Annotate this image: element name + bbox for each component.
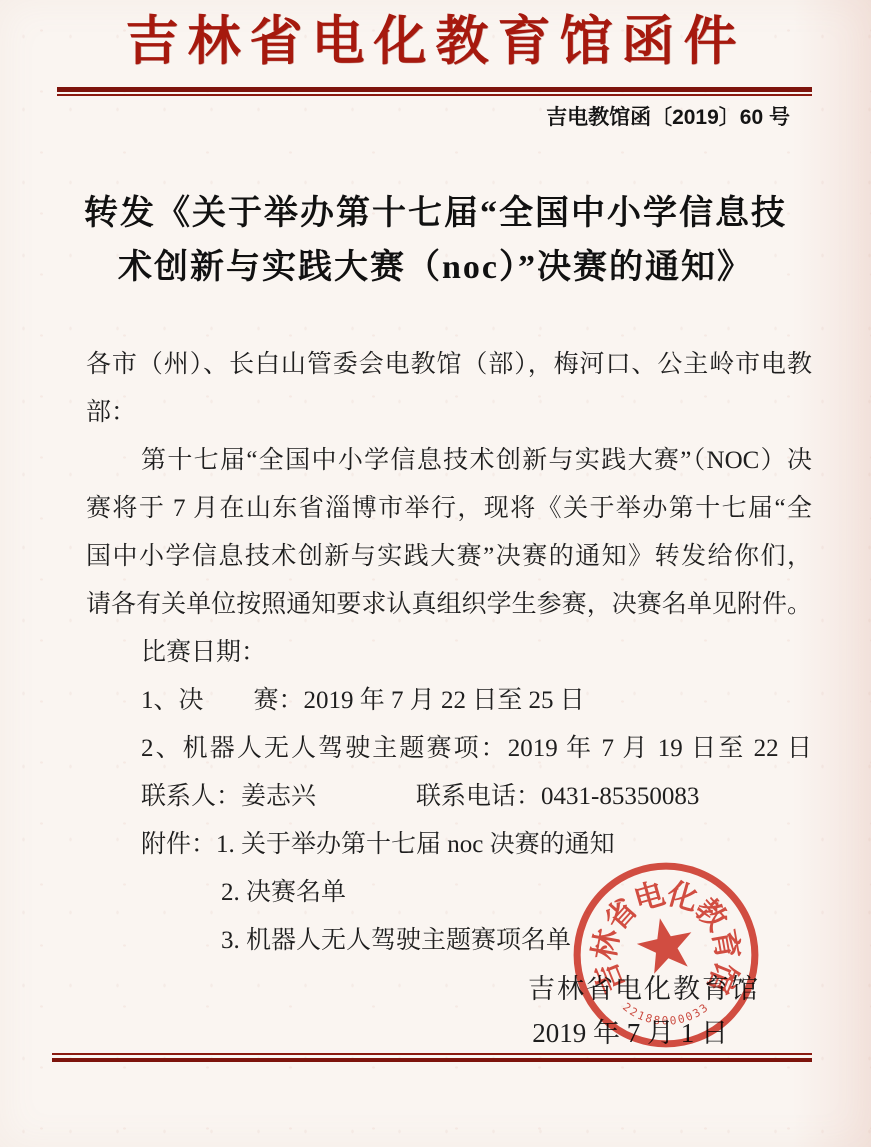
document-title-line1: 转发《关于举办第十七届“全国中小学信息技 xyxy=(84,195,787,232)
body-line-attachment-3: 3. 机器人无人驾驶主题赛项名单 xyxy=(86,917,812,965)
document-title-line2: 术创新与实践大赛（noc）”决赛的通知》 xyxy=(118,249,753,286)
body-line-para3: 国中小学信息技术创新与实践大赛”决赛的通知》转发给你们， xyxy=(86,533,812,581)
body-line-final-date: 1、决 赛：2019 年 7 月 22 日至 25 日 xyxy=(86,677,812,725)
body-line-para1: 第十七届“全国中小学信息技术创新与实践大赛”（NOC）决 xyxy=(86,437,812,485)
signature-block: 吉林省电化教育馆 2019 年 7 月 1 日 xyxy=(0,967,871,1055)
letterhead-title: 吉林省电化教育馆函件 xyxy=(30,10,841,74)
body-line-salutation: 各市（州）、长白山管委会电教馆（部），梅河口、公主岭市电教 xyxy=(86,341,812,389)
header-divider xyxy=(57,87,812,96)
document-body: 各市（州）、长白山管委会电教馆（部），梅河口、公主岭市电教 部： 第十七届“全国… xyxy=(86,341,812,965)
body-line-dates-heading: 比赛日期： xyxy=(86,629,812,677)
body-line-contact: 联系人：姜志兴 联系电话：0431-85350083 xyxy=(86,773,812,821)
signature-org: 吉林省电化教育馆 xyxy=(0,967,871,1011)
body-line-attachment-2: 2. 决赛名单 xyxy=(86,869,812,917)
body-line-robot-date: 2、机器人无人驾驶主题赛项：2019 年 7 月 19 日至 22 日 xyxy=(86,725,812,773)
body-line-para4: 请各有关单位按照通知要求认真组织学生参赛，决赛名单见附件。 xyxy=(86,581,812,629)
document-ref-number: 吉电教馆函〔2019〕60 号 xyxy=(0,105,790,131)
document-title: 转发《关于举办第十七届“全国中小学信息技 术创新与实践大赛（noc）”决赛的通知… xyxy=(60,187,811,295)
body-line-para2: 赛将于 7 月在山东省淄博市举行，现将《关于举办第十七届“全 xyxy=(86,485,812,533)
body-line-salutation2: 部： xyxy=(86,389,812,437)
signature-date: 2019 年 7 月 1 日 xyxy=(0,1011,871,1055)
document-page: 吉林省电化教育馆函件 吉电教馆函〔2019〕60 号 转发《关于举办第十七届“全… xyxy=(0,0,871,1147)
footer-divider xyxy=(52,1053,812,1062)
body-line-attachment-1: 附件：1. 关于举办第十七届 noc 决赛的通知 xyxy=(86,821,812,869)
